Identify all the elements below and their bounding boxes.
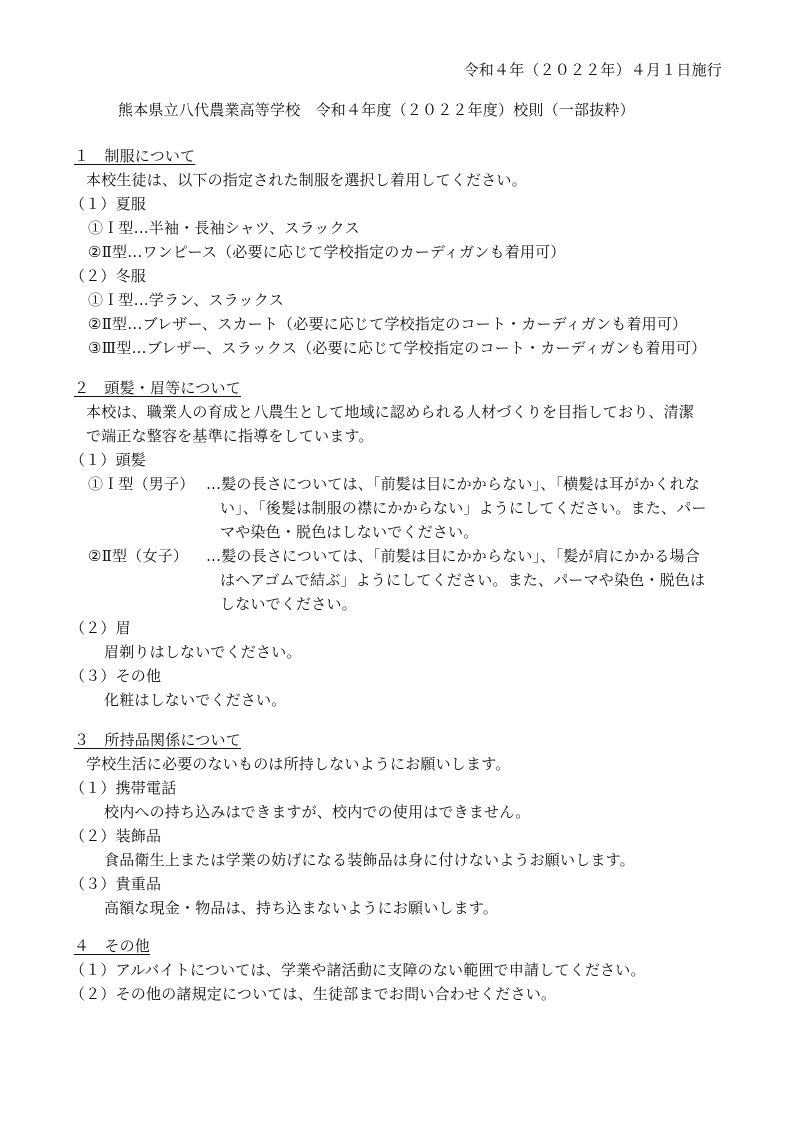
section-4-heading: ４ その他	[74, 936, 150, 956]
mobile-phone-text: 校内への持ち込みはできますが、校内での使用はできません。	[104, 802, 531, 822]
section-2-intro-line-2: で端正な整容を基準に指導をしています。	[86, 426, 374, 446]
eyebrow-text: 眉剃りはしないでください。	[104, 642, 302, 662]
winter-uniform-type-2: ②Ⅱ型…ブレザー、スカート（必要に応じて学校指定のコート・カーディガンも着用可）	[88, 314, 687, 334]
section-3-intro: 学校生活に必要のないものは所持しないようにお願いします。	[86, 754, 510, 774]
hair-type-2-line-2: はヘアゴムで結ぶ」ようにしてください。また、パーマや染色・脱色は	[220, 570, 705, 590]
valuables-label: （３）貴重品	[70, 874, 161, 894]
hair-type-2-label: ②Ⅱ型（女子）	[88, 546, 188, 566]
hair-type-1-line-3: マや染色・脱色はしないでください。	[220, 522, 478, 542]
valuables-text: 高額な現金・物品は、持ち込まないようにお願いします。	[104, 898, 498, 918]
hair-type-2-line-3: しないでください。	[220, 594, 357, 614]
section-2-intro-line-1: 本校は、職業人の育成と八農生として地域に認められる人材づくりを目指しており、清潔	[86, 402, 694, 422]
hair-label: （１）頭髪	[70, 450, 146, 470]
section-3-heading: ３ 所持品関係について	[74, 730, 241, 750]
accessories-label: （２）装飾品	[70, 826, 161, 846]
winter-uniform-label: （２）冬服	[70, 266, 146, 286]
part-time-job-rule: （１）アルバイトについては、学業や諸活動に支障のない範囲で申請してください。	[70, 960, 646, 980]
section-1-heading: １ 制服について	[74, 146, 195, 166]
section-1-intro: 本校生徒は、以下の指定された制服を選択し着用してください。	[86, 170, 527, 190]
winter-uniform-type-1: ①Ｉ型…学ラン、スラックス	[88, 290, 284, 310]
document-title: 熊本県立八代農業高等学校 令和４年度（２０２２年度）校則（一部抜粋）	[118, 100, 635, 120]
eyebrow-label: （２）眉	[70, 618, 131, 638]
hair-type-1-label: ①Ｉ型（男子）	[88, 474, 194, 494]
winter-uniform-type-3: ③Ⅲ型…ブレザー、スラックス（必要に応じて学校指定のコート・カーディガンも着用可…	[88, 338, 706, 358]
summer-uniform-type-1: ①Ｉ型…半袖・長袖シャツ、スラックス	[88, 218, 360, 238]
effective-date: 令和４年（２０２２年）４月１日施行	[464, 60, 722, 80]
hair-type-2-line-1: …髪の長さについては、「前髪は目にかからない」、「髪が肩にかかる場合	[206, 546, 700, 566]
hair-type-1-line-2: い」、「後髪は制服の襟にかからない」ようにしてください。また、パー	[220, 498, 707, 518]
other-grooming-text: 化粧はしないでください。	[104, 690, 286, 710]
hair-type-1-line-1: …髪の長さについては、「前髪は目にかからない」、「横髪は耳がかくれな	[206, 474, 700, 494]
summer-uniform-label: （１）夏服	[70, 194, 146, 214]
summer-uniform-type-2: ②Ⅱ型…ワンピース（必要に応じて学校指定のカーディガンも着用可）	[88, 242, 566, 262]
other-rules-contact: （２）その他の諸規定については、生徒部までお問い合わせください。	[70, 984, 556, 1004]
accessories-text: 食品衛生上または学業の妨げになる装飾品は身に付けないようお願いします。	[104, 850, 635, 870]
section-2-heading: ２ 頭髪・眉等について	[74, 378, 241, 398]
mobile-phone-label: （１）携帯電話	[70, 778, 176, 798]
other-grooming-label: （３）その他	[70, 666, 161, 686]
